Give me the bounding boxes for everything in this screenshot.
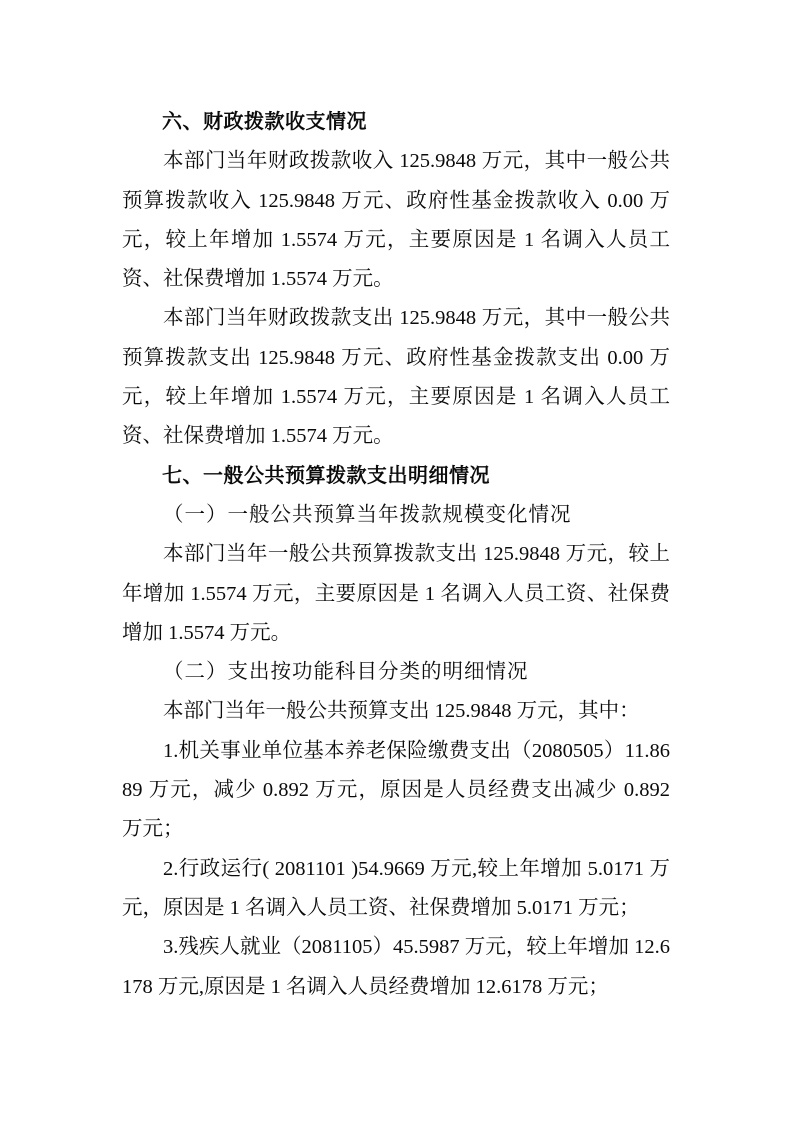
paragraph: 3.残疾人就业（2081105）45.5987 万元，较上年增加 12.6178… — [122, 928, 670, 1007]
subsection-heading: （一）一般公共预算当年拨款规模变化情况 — [122, 496, 670, 535]
document-body: 六、财政拨款收支情况本部门当年财政拨款收入 125.9848 万元，其中一般公共… — [122, 103, 670, 1007]
document-page: 六、财政拨款收支情况本部门当年财政拨款收入 125.9848 万元，其中一般公共… — [0, 0, 793, 1122]
paragraph: 本部门当年财政拨款支出 125.9848 万元，其中一般公共预算拨款支出 125… — [122, 299, 670, 456]
paragraph: 本部门当年财政拨款收入 125.9848 万元，其中一般公共预算拨款收入 125… — [122, 142, 670, 299]
paragraph: 1.机关事业单位基本养老保险缴费支出（2080505）11.8689 万元，减少… — [122, 732, 670, 850]
paragraph: 本部门当年一般公共预算拨款支出 125.9848 万元，较上年增加 1.5574… — [122, 535, 670, 653]
paragraph: 2.行政运行( 2081101 )54.9669 万元,较上年增加 5.0171… — [122, 850, 670, 929]
section-heading: 七、一般公共预算拨款支出明细情况 — [122, 457, 670, 496]
section-heading: 六、财政拨款收支情况 — [122, 103, 670, 142]
subsection-heading: （二）支出按功能科目分类的明细情况 — [122, 653, 670, 692]
paragraph: 本部门当年一般公共预算支出 125.9848 万元，其中： — [122, 692, 670, 731]
